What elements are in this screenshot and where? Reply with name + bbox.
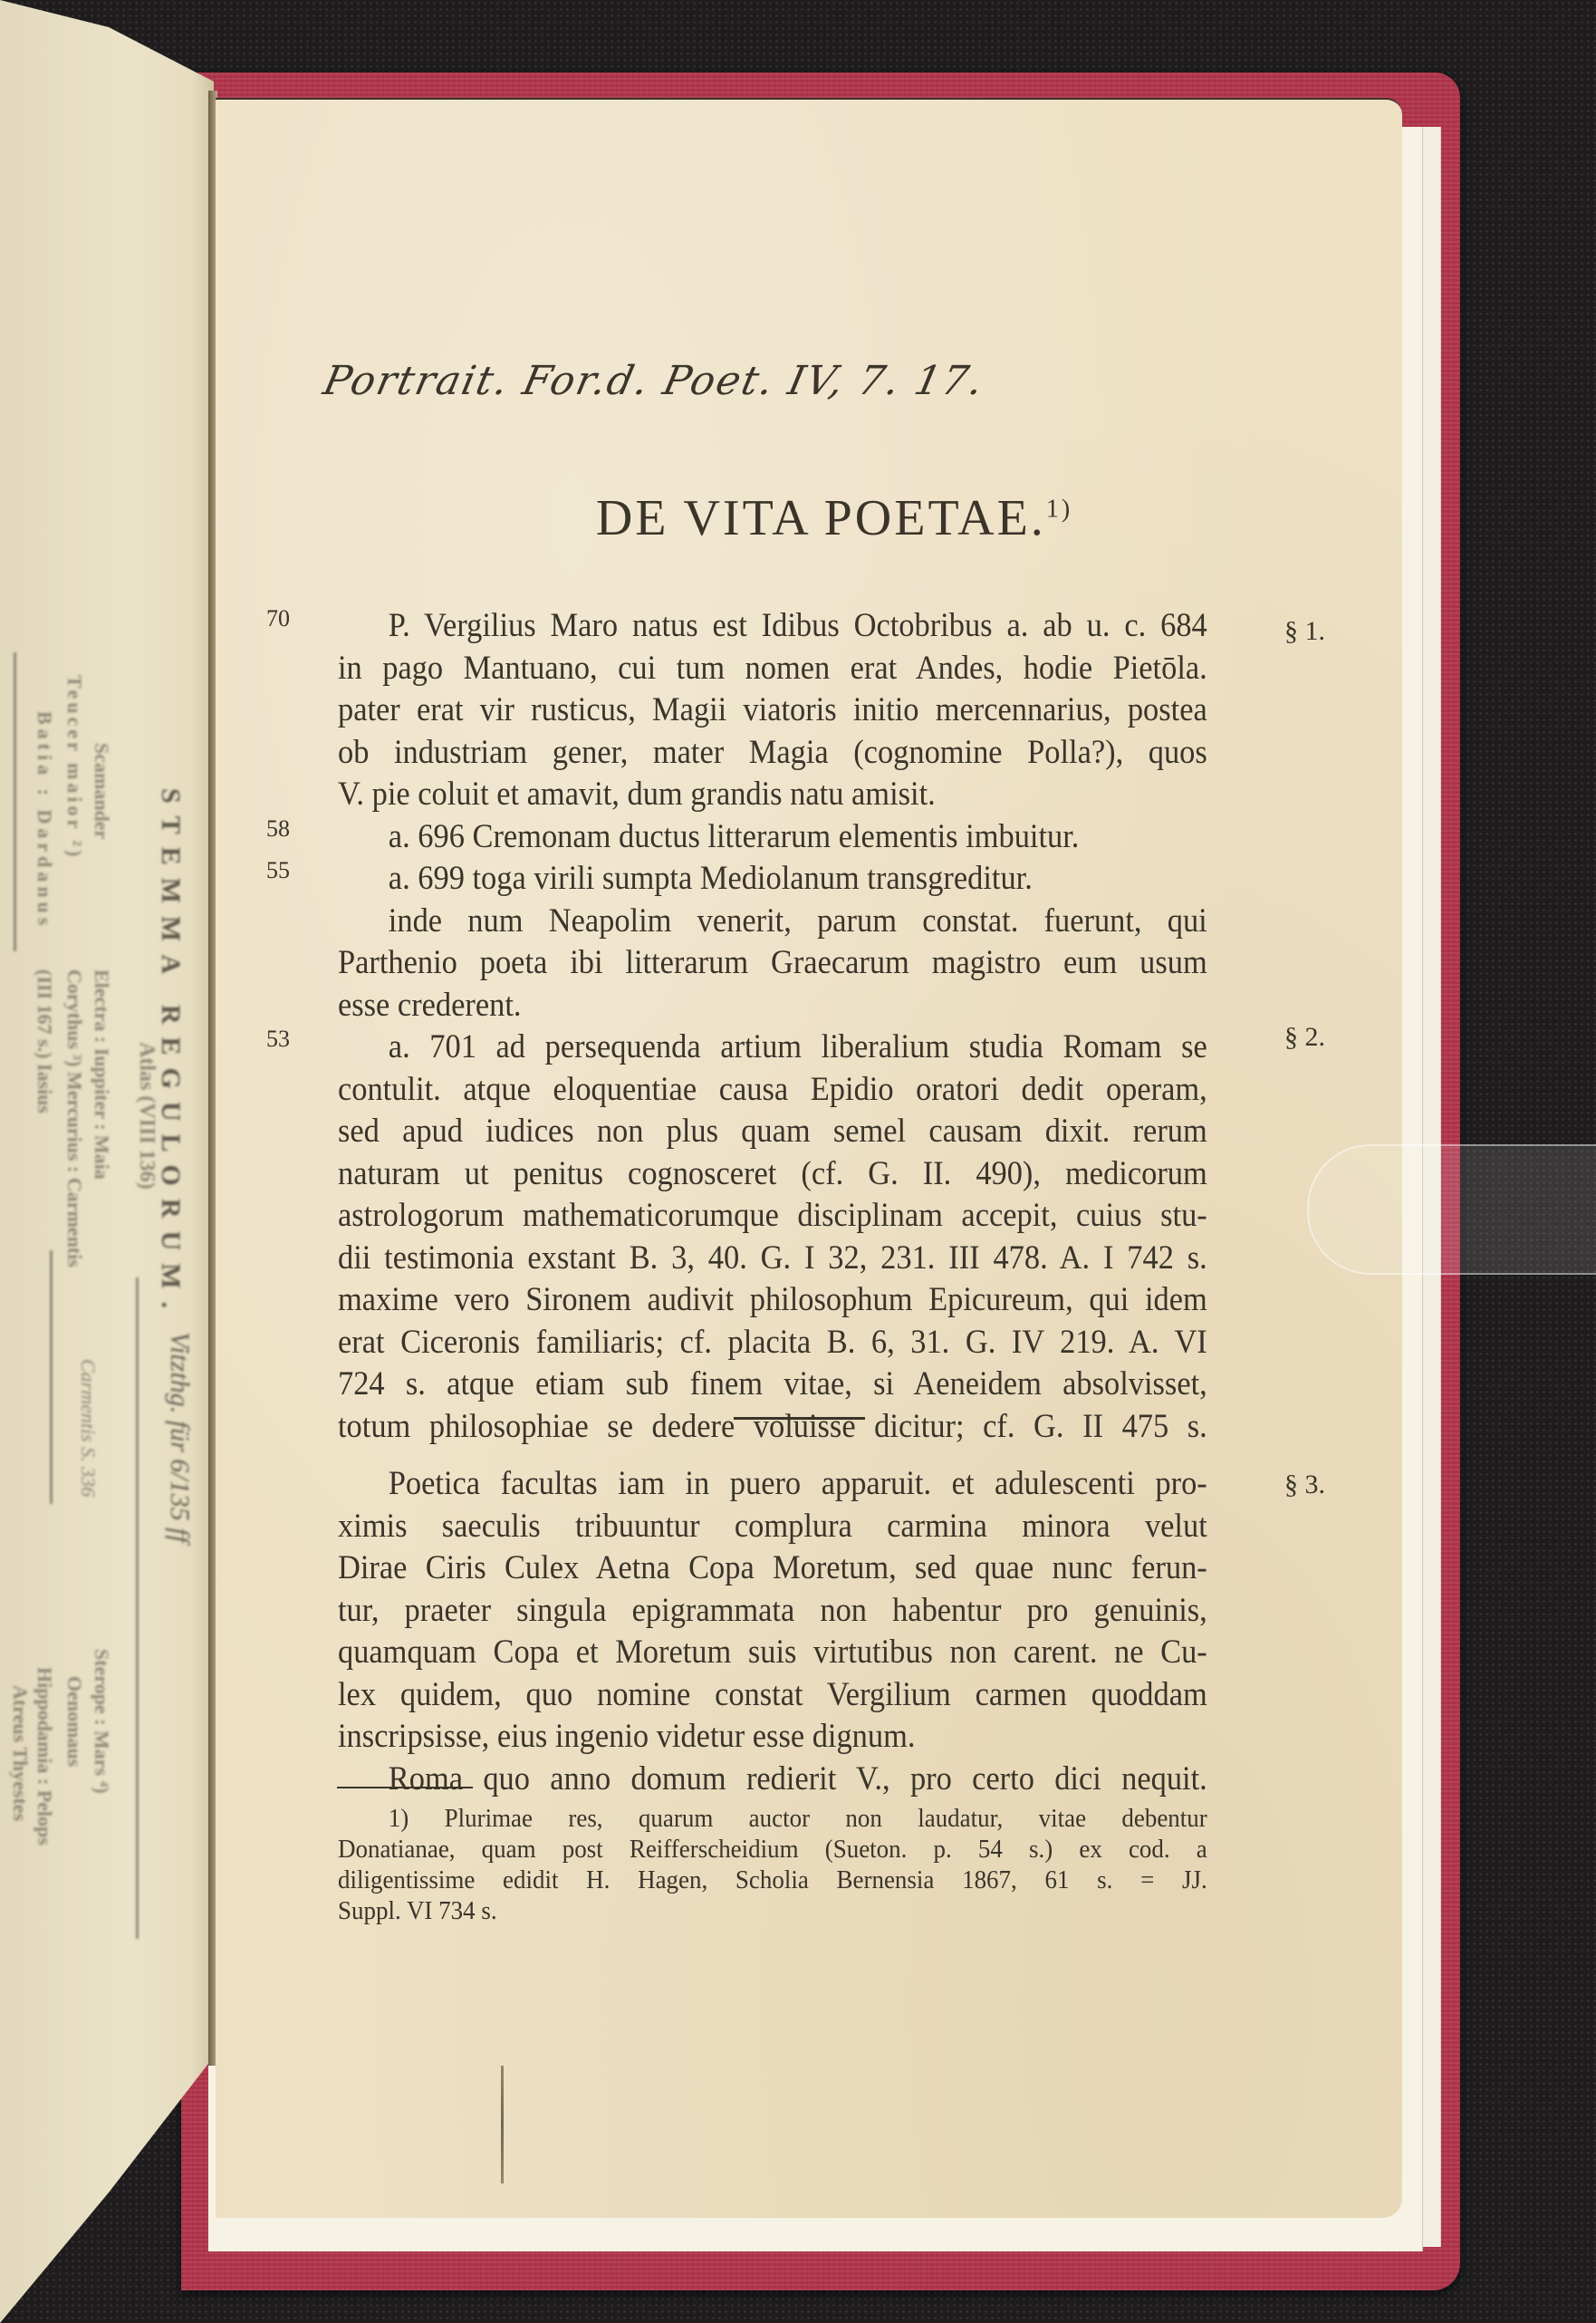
text-line: in pago Mantuano, cui tum nomen erat And… [338,648,1207,690]
text-line: totum philosophiae se dedere voluisse di… [338,1406,1207,1449]
bookmark-tab[interactable] [1307,1144,1596,1275]
stemma-row: Hippodamia : Pelops [33,1667,56,1846]
footnote-line: diligentissime edidit H. Hagen, Scholia … [338,1865,1207,1895]
text-line: ob industriam gener, mater Magia (cognom… [338,732,1207,775]
footnote: 1) Plurimae res, quarum auctor non lauda… [338,1803,1207,1926]
text-line: Parthenio poeta ibi litterarum Graecarum… [338,942,1207,985]
text-line: P. Vergilius Maro natus est Idibus Octob… [338,605,1207,648]
margin-number: 58 [266,815,290,843]
text-line: esse crederent. [338,985,1207,1027]
text-line: naturam ut penitus cognosceret (cf. G. I… [338,1153,1207,1196]
text-line: astrologorum mathematicorumque disciplin… [338,1195,1207,1238]
footnote-line: Suppl. VI 734 s. [338,1895,1207,1926]
stemma-bleedthrough: STEMMA REGULORUM. Atlas (VIII 136) Scama… [0,0,214,2323]
text-line: 724 s. atque etiam sub finem vitae, si A… [338,1364,1207,1406]
text-line: Roma quo anno domum redierit V., pro cer… [338,1759,1207,1801]
paragraph-mark: § 2. [1284,1022,1325,1053]
text-line: ximis saeculis tribuuntur complura carmi… [338,1506,1207,1548]
footnote-line: Donatianae, quam post Reifferscheidium (… [338,1834,1207,1865]
text-line: tur, praeter singula epigrammata non hab… [338,1590,1207,1633]
stemma-row: Scamander [90,743,113,839]
footnote-rule [337,1787,473,1788]
text-line: pater erat vir rusticus, Magii viatoris … [338,689,1207,732]
text-line: V. pie coluit et amavit, dum grandis nat… [338,774,1207,816]
paragraph-mark: § 1. [1284,616,1325,647]
stemma-bracket-line [136,1277,139,1939]
stemma-row: Batia : Dardanus [33,711,56,930]
section-2-text: Poetica facultas iam in puero apparuit. … [338,1463,1207,1800]
text-line: Poetica facultas iam in puero apparuit. … [338,1463,1207,1506]
margin-number: 53 [266,1026,290,1053]
page-title: DE VITA POETAE.1) [0,489,1596,547]
pencil-note: Carmentis S. 336 [76,1359,100,1497]
text-line: Dirae Ciris Culex Aetna Copa Moretum, se… [338,1547,1207,1590]
footnote-ref: 1) [1046,495,1072,523]
stemma-row: Teucer maior ²) [62,675,86,860]
stemma-row: Electra : Iuppiter : Maia [90,969,113,1180]
text-line: dii testimonia exstant B. 3, 40. G. I 32… [338,1238,1207,1280]
stemma-bracket-line [50,1250,53,1504]
margin-number: 70 [266,605,290,632]
stemma-row: Corythus ³) Mercurius : Carmentis [62,969,86,1268]
stemma-bracket-line [14,652,16,951]
footnote-line: 1) Plurimae res, quarum auctor non lauda… [338,1803,1207,1834]
text-line: inde num Neapolim venerit, parum constat… [338,901,1207,943]
text-line: contulit. atque eloquentiae causa Epidio… [338,1069,1207,1112]
handwritten-header: Portrait. For.d. Poet. IV, 7. 17. [320,358,989,404]
text-line: maxime vero Sironem audivit philosophum … [338,1279,1207,1322]
text-line: a. 699 toga virili sumpta Mediolanum tra… [338,858,1207,901]
pencil-stroke [501,2066,504,2183]
text-line: sed apud iudices non plus quam semel cau… [338,1111,1207,1153]
text-line: a. 696 Cremonam ductus litterarum elemen… [338,816,1207,859]
section-separator [734,1417,865,1420]
stemma-row: (III 167 s.) Iasius [33,969,56,1113]
stemma-reference: Atlas (VIII 136) [134,1042,159,1190]
paragraph-mark: § 3. [1284,1470,1325,1500]
title-text: DE VITA POETAE. [596,490,1046,546]
text-line: lex quidem, quo nomine constat Vergilium… [338,1674,1207,1717]
stemma-row: Sterope : Mars ⁴) [90,1649,113,1794]
text-line: quamquam Copa et Moretum suis virtutibus… [338,1632,1207,1674]
handwritten-note: Vitzthg. für 6/135 ff [164,1332,195,1543]
text-line: a. 701 ad persequenda artium liberalium … [338,1027,1207,1069]
text-line: erat Ciceronis familiaris; cf. placita B… [338,1322,1207,1364]
stemma-row: Atreus Thyestes [8,1685,32,1821]
stemma-title: STEMMA REGULORUM. [155,788,186,1321]
text-line: inscripsisse, eius ingenio videtur esse … [338,1716,1207,1759]
stemma-row: Oenomaus [62,1676,86,1767]
margin-number: 55 [266,857,290,884]
section-1-text: P. Vergilius Maro natus est Idibus Octob… [338,605,1207,1448]
